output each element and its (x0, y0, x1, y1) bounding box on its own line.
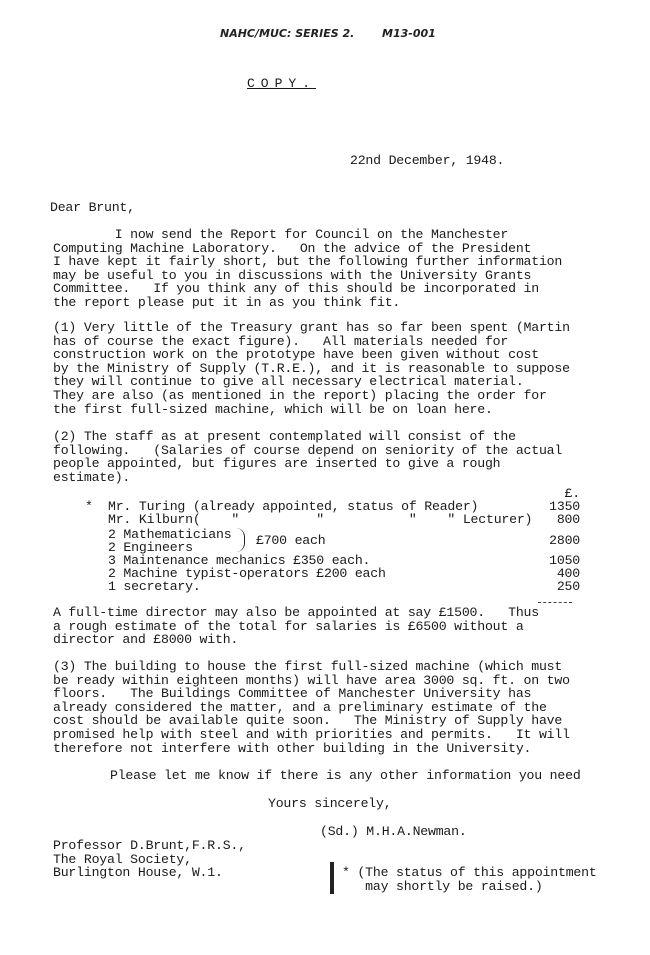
copy-heading: COPY. (247, 76, 316, 91)
intro-paragraph: I now send the Report for Council on the… (53, 228, 562, 310)
text-line: may be useful to you in discussions with… (53, 269, 562, 283)
paragraph-2: (2) The staff as at present contemplated… (53, 430, 562, 484)
director-paragraph: A full-time director may also be appoint… (53, 606, 539, 647)
text-line: I have kept it fairly short, but the fol… (53, 255, 562, 269)
text-line: Committee. If you think any of this shou… (53, 282, 562, 296)
asterisk-marker: * (85, 500, 93, 513)
text-line: following. (Salaries of course depend on… (53, 444, 562, 458)
salutation: Dear Brunt, (50, 200, 135, 215)
closing-request: Please let me know if there is any other… (110, 768, 581, 783)
addressee-line: Professor D.Brunt,F.R.S., (53, 839, 246, 853)
sign-off: Yours sincerely, (268, 796, 391, 811)
text-line: by the Ministry of Supply (T.R.E.), and … (53, 362, 570, 376)
footnote-line: * (The status of this appointment (342, 866, 597, 880)
staff-row-secretary: 1 secretary. (108, 580, 201, 593)
text-line: I now send the Report for Council on the… (53, 228, 562, 242)
text-line: a rough estimate of the total for salari… (53, 620, 539, 634)
footnote-line: may shortly be raised.) (342, 880, 597, 894)
text-line: floors. The Buildings Committee of Manch… (53, 687, 570, 701)
archive-item-ref: M13-001 (382, 27, 436, 40)
text-line: Computing Machine Laboratory. On the adv… (53, 242, 562, 256)
staff-row-kilburn: Mr. Kilburn( " " " " Lecturer) (108, 513, 532, 526)
addressee-line: Burlington House, W.1. (53, 866, 246, 880)
margin-bar (330, 862, 334, 894)
amount-secretary: 250 (520, 580, 580, 593)
archive-series-ref: NAHC/MUC: SERIES 2. (220, 27, 354, 40)
text-line: promised help with steel and with priori… (53, 728, 570, 742)
amount-kilburn: 800 (520, 513, 580, 526)
addressee-line: The Royal Society, (53, 853, 246, 867)
text-line: A full-time director may also be appoint… (53, 606, 539, 620)
text-line: therefore not interfere with other build… (53, 742, 570, 756)
text-line: (3) The building to house the first full… (53, 660, 570, 674)
signature: (Sd.) M.H.A.Newman. (320, 824, 467, 839)
text-line: director and £8000 with. (53, 633, 539, 647)
paragraph-3: (3) The building to house the first full… (53, 660, 570, 755)
text-line: already considered the matter, and a pre… (53, 701, 570, 715)
text-line: construction work on the prototype have … (53, 348, 570, 362)
text-line: be ready within eighteen months) will ha… (53, 674, 570, 688)
text-line: (2) The staff as at present contemplated… (53, 430, 562, 444)
text-line: the first full-sized machine, which will… (53, 403, 570, 417)
text-line: estimate). (53, 471, 562, 485)
text-line: they will continue to give all necessary… (53, 375, 570, 389)
total-rule (538, 602, 572, 603)
addressee-block: Professor D.Brunt,F.R.S., The Royal Soci… (53, 839, 246, 880)
footnote: * (The status of this appointment may sh… (342, 866, 597, 893)
text-line: has of course the exact figure). All mat… (53, 335, 570, 349)
letter-date: 22nd December, 1948. (350, 153, 504, 168)
text-line: cost should be available quite soon. The… (53, 714, 570, 728)
paragraph-1: (1) Very little of the Treasury grant ha… (53, 321, 570, 416)
grouped-rate: £700 each (256, 534, 325, 547)
text-line: They are also (as mentioned in the repor… (53, 389, 570, 403)
text-line: people appointed, but figures are insert… (53, 457, 562, 471)
text-line: the report please put it in as you think… (53, 296, 562, 310)
brace (236, 528, 245, 552)
text-line: (1) Very little of the Treasury grant ha… (53, 321, 570, 335)
amount-grouped: 2800 (520, 534, 580, 547)
